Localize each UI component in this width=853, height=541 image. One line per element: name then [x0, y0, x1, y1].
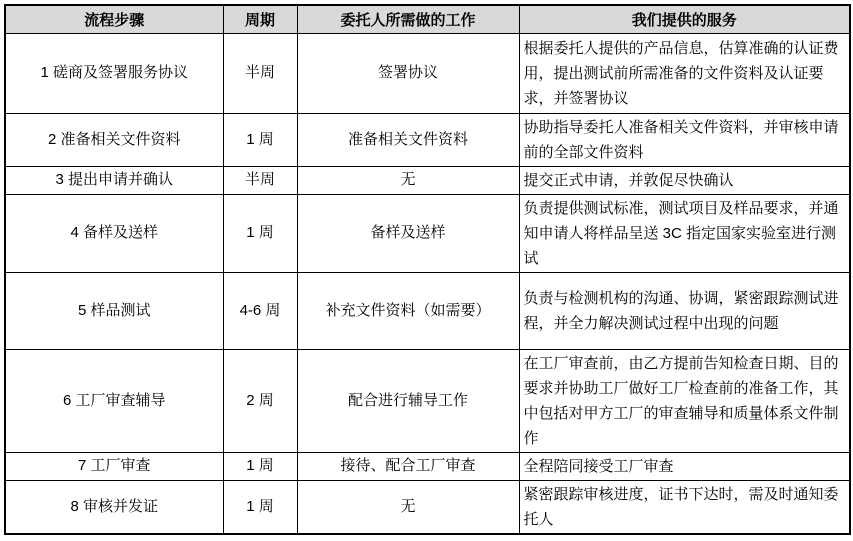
table-row: 4 备样及送样 1 周 备样及送样 负责提供测试标准，测试项目及样品要求，并通知…: [5, 194, 850, 272]
cell-client-work: 签署协议: [297, 33, 519, 113]
cell-client-work: 准备相关文件资料: [297, 113, 519, 166]
cell-our-service: 全程陪同接受工厂审查: [519, 452, 850, 480]
cell-step: 7 工厂审查: [5, 452, 223, 480]
cell-client-work: 无: [297, 166, 519, 194]
table-row: 8 审核并发证 1 周 无 紧密跟踪审核进度，证书下达时，需及时通知委托人: [5, 480, 850, 534]
cell-period: 1 周: [223, 480, 297, 534]
cell-our-service: 负责提供测试标准，测试项目及样品要求，并通知申请人将样品呈送 3C 指定国家实验…: [519, 194, 850, 272]
header-row: 流程步骤 周期 委托人所需做的工作 我们提供的服务: [5, 5, 850, 33]
table-row: 2 准备相关文件资料 1 周 准备相关文件资料 协助指导委托人准备相关文件资料，…: [5, 113, 850, 166]
certification-process-table: 流程步骤 周期 委托人所需做的工作 我们提供的服务 1 磋商及签署服务协议 半周…: [4, 4, 851, 535]
header-our-service: 我们提供的服务: [519, 5, 850, 33]
cell-step: 4 备样及送样: [5, 194, 223, 272]
header-client-work: 委托人所需做的工作: [297, 5, 519, 33]
cell-our-service: 协助指导委托人准备相关文件资料，并审核申请前的全部文件资料: [519, 113, 850, 166]
cell-our-service: 在工厂审查前，由乙方提前告知检查日期、目的要求并协助工厂做好工厂检查前的准备工作…: [519, 349, 850, 452]
table-row: 1 磋商及签署服务协议 半周 签署协议 根据委托人提供的产品信息，估算准确的认证…: [5, 33, 850, 113]
cell-period: 4-6 周: [223, 272, 297, 349]
cell-our-service: 提交正式申请，并敦促尽快确认: [519, 166, 850, 194]
header-process-steps: 流程步骤: [5, 5, 223, 33]
cell-our-service: 负责与检测机构的沟通、协调，紧密跟踪测试进程，并全力解决测试过程中出现的问题: [519, 272, 850, 349]
table-row: 7 工厂审查 1 周 接待、配合工厂审查 全程陪同接受工厂审查: [5, 452, 850, 480]
cell-step: 6 工厂审查辅导: [5, 349, 223, 452]
table-row: 5 样品测试 4-6 周 补充文件资料（如需要） 负责与检测机构的沟通、协调，紧…: [5, 272, 850, 349]
cell-our-service: 紧密跟踪审核进度，证书下达时，需及时通知委托人: [519, 480, 850, 534]
cell-period: 半周: [223, 166, 297, 194]
cell-client-work: 备样及送样: [297, 194, 519, 272]
cell-client-work: 无: [297, 480, 519, 534]
cell-step: 2 准备相关文件资料: [5, 113, 223, 166]
cell-period: 1 周: [223, 452, 297, 480]
cell-client-work: 配合进行辅导工作: [297, 349, 519, 452]
cell-period: 1 周: [223, 113, 297, 166]
cell-step: 8 审核并发证: [5, 480, 223, 534]
cell-client-work: 补充文件资料（如需要）: [297, 272, 519, 349]
cell-step: 3 提出申请并确认: [5, 166, 223, 194]
cell-step: 5 样品测试: [5, 272, 223, 349]
table-row: 6 工厂审查辅导 2 周 配合进行辅导工作 在工厂审查前，由乙方提前告知检查日期…: [5, 349, 850, 452]
cell-client-work: 接待、配合工厂审查: [297, 452, 519, 480]
header-period: 周期: [223, 5, 297, 33]
document-page: 流程步骤 周期 委托人所需做的工作 我们提供的服务 1 磋商及签署服务协议 半周…: [0, 0, 853, 541]
cell-our-service: 根据委托人提供的产品信息，估算准确的认证费用，提出测试前所需准备的文件资料及认证…: [519, 33, 850, 113]
cell-period: 2 周: [223, 349, 297, 452]
cell-period: 半周: [223, 33, 297, 113]
table-row: 3 提出申请并确认 半周 无 提交正式申请，并敦促尽快确认: [5, 166, 850, 194]
cell-period: 1 周: [223, 194, 297, 272]
cell-step: 1 磋商及签署服务协议: [5, 33, 223, 113]
